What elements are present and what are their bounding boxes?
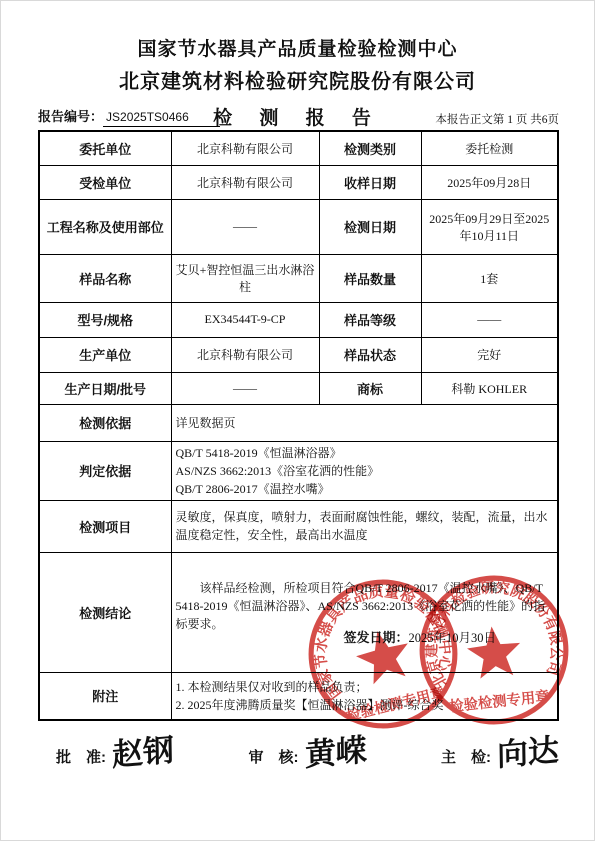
table-row: 工程名称及使用部位 —— 检测日期 2025年09月29日至2025年10月11… <box>39 199 558 254</box>
test-category-value: 委托检测 <box>421 131 558 165</box>
report-number-value: JS2025TS0466 <box>103 110 220 127</box>
table-row: 检测项目 灵敏度，保真度，喷射力，表面耐腐蚀性能，螺纹，装配，流量，出水温度稳定… <box>39 500 558 552</box>
org-name-line2: 北京建筑材料检验研究院股份有限公司 <box>0 65 595 94</box>
receipt-date-label: 收样日期 <box>319 165 421 199</box>
manufacturer-value: 北京科勒有限公司 <box>171 337 319 372</box>
sample-name-label: 样品名称 <box>39 254 171 302</box>
test-date-value: 2025年09月29日至2025年10月11日 <box>421 199 558 254</box>
test-items-value: 灵敏度，保真度，喷射力，表面耐腐蚀性能，螺纹，装配，流量，出水温度稳定性，安全性… <box>171 500 558 552</box>
trademark-label: 商标 <box>319 372 421 404</box>
sample-grade-value: —— <box>421 302 558 337</box>
remarks-value: 1. 本检测结果仅对收到的样品负责； 2. 2025年度沸腾质量奖【恒温淋浴器】… <box>171 672 558 720</box>
sample-status-label: 样品状态 <box>319 337 421 372</box>
table-row: 附注 1. 本检测结果仅对收到的样品负责； 2. 2025年度沸腾质量奖【恒温淋… <box>39 672 558 720</box>
approve-label: 批 准: <box>56 736 106 767</box>
table-row: 判定依据 QB/T 5418-2019《恒温淋浴器》 AS/NZS 3662:2… <box>39 441 558 500</box>
review-label: 审 核: <box>249 736 299 767</box>
production-date-value: —— <box>171 372 319 404</box>
entrust-unit-label: 委托单位 <box>39 131 171 165</box>
model-spec-value: EX34544T-9-CP <box>171 302 319 337</box>
chief-inspector-label: 主 检: <box>441 736 491 767</box>
remarks-label: 附注 <box>39 672 171 720</box>
issue-date-label: 签发日期： <box>344 630 409 645</box>
chief-inspector-signature: 向达 <box>497 733 559 773</box>
report-number-group: 报告编号：JS2025TS0466 <box>38 106 220 127</box>
manufacturer-label: 生产单位 <box>39 337 171 372</box>
sample-status-value: 完好 <box>421 337 558 372</box>
trademark-value: 科勒 KOHLER <box>421 372 558 404</box>
approve-signature: 赵钢 <box>112 733 174 773</box>
org-name-line1: 国家节水器具产品质量检验检测中心 <box>0 34 595 61</box>
report-table: 委托单位 北京科勒有限公司 检测类别 委托检测 受检单位 北京科勒有限公司 收样… <box>38 130 559 721</box>
receipt-date-value: 2025年09月28日 <box>421 165 558 199</box>
chief-inspector-group: 主 检: 向达 <box>441 736 559 770</box>
sample-qty-label: 样品数量 <box>319 254 421 302</box>
judge-basis-label: 判定依据 <box>39 441 171 500</box>
table-row: 受检单位 北京科勒有限公司 收样日期 2025年09月28日 <box>39 165 558 199</box>
table-row: 检测依据 详见数据页 <box>39 404 558 441</box>
table-row: 委托单位 北京科勒有限公司 检测类别 委托检测 <box>39 131 558 165</box>
test-basis-label: 检测依据 <box>39 404 171 441</box>
sample-name-value: 艾贝+智控恒温三出水淋浴柱 <box>171 254 319 302</box>
review-signature: 黄嵘 <box>304 733 366 773</box>
project-name-label: 工程名称及使用部位 <box>39 199 171 254</box>
table-row: 检测结论 该样品经检测，所检项目符合QB/T 2806-2017《温控水嘴》、Q… <box>39 552 558 672</box>
entrust-unit-value: 北京科勒有限公司 <box>171 131 319 165</box>
approve-group: 批 准: 赵钢 <box>56 736 174 770</box>
signature-row: 批 准: 赵钢 审 核: 黄嵘 主 检: 向达 <box>56 736 559 770</box>
table-row: 型号/规格 EX34544T-9-CP 样品等级 —— <box>39 302 558 337</box>
test-category-label: 检测类别 <box>319 131 421 165</box>
table-row: 生产日期/批号 —— 商标 科勒 KOHLER <box>39 372 558 404</box>
conclusion-cell: 该样品经检测，所检项目符合QB/T 2806-2017《温控水嘴》、QB/T 5… <box>171 552 558 672</box>
conclusion-text: 该样品经检测，所检项目符合QB/T 2806-2017《温控水嘴》、QB/T 5… <box>176 573 554 633</box>
test-report-page: 国家节水器具产品质量检验检测中心 北京建筑材料检验研究院股份有限公司 检 测 报… <box>0 0 595 841</box>
sample-qty-value: 1套 <box>421 254 558 302</box>
judge-basis-value: QB/T 5418-2019《恒温淋浴器》 AS/NZS 3662:2013《浴… <box>171 441 558 500</box>
inspected-unit-label: 受检单位 <box>39 165 171 199</box>
page-info: 本报告正文第 1 页 共6页 <box>435 111 559 127</box>
conclusion-label: 检测结论 <box>39 552 171 672</box>
inspected-unit-value: 北京科勒有限公司 <box>171 165 319 199</box>
report-number-line: 报告编号：JS2025TS0466 本报告正文第 1 页 共6页 <box>38 106 559 127</box>
project-name-value: —— <box>171 199 319 254</box>
test-items-label: 检测项目 <box>39 500 171 552</box>
production-date-label: 生产日期/批号 <box>39 372 171 404</box>
table-row: 样品名称 艾贝+智控恒温三出水淋浴柱 样品数量 1套 <box>39 254 558 302</box>
sample-grade-label: 样品等级 <box>319 302 421 337</box>
model-spec-label: 型号/规格 <box>39 302 171 337</box>
table-row: 生产单位 北京科勒有限公司 样品状态 完好 <box>39 337 558 372</box>
report-number-label: 报告编号： <box>38 109 103 124</box>
issue-date-value: 2025年10月30日 <box>409 631 497 645</box>
test-date-label: 检测日期 <box>319 199 421 254</box>
issue-date: 签发日期：2025年10月30日 <box>344 628 497 648</box>
review-group: 审 核: 黄嵘 <box>249 736 367 770</box>
test-basis-value: 详见数据页 <box>171 404 558 441</box>
